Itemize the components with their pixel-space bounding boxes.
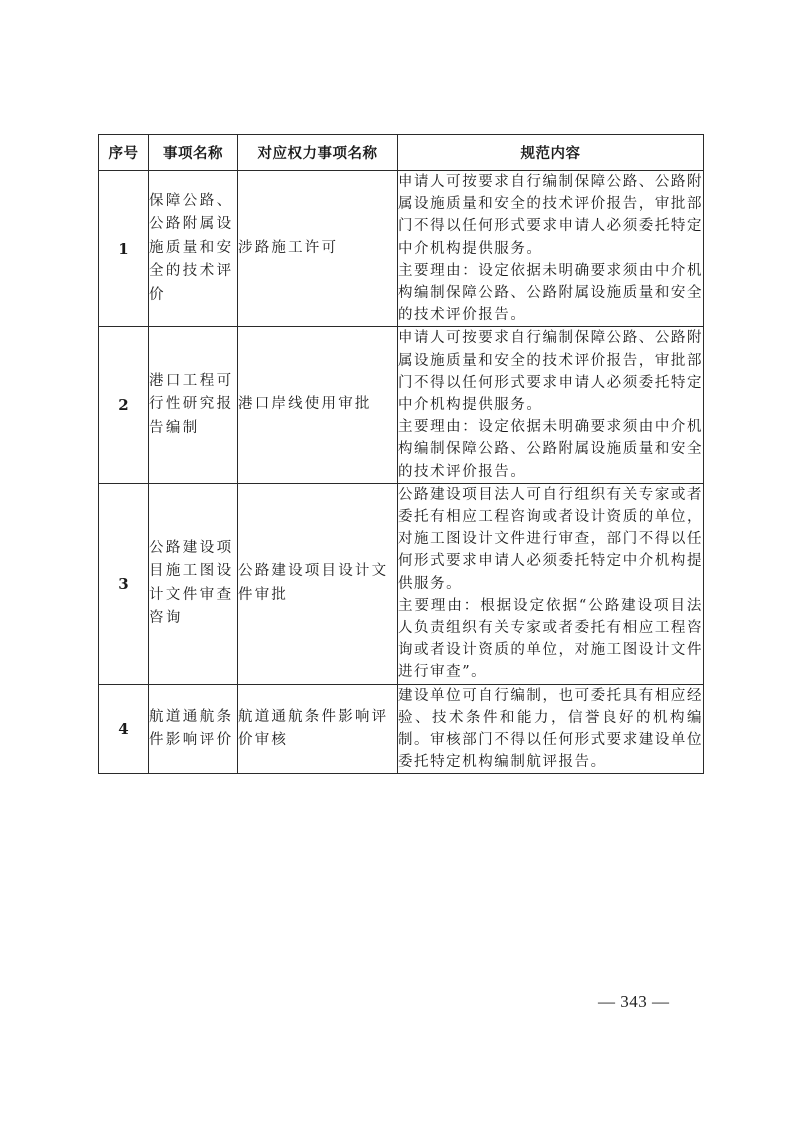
table-row: 4 航道通航条件影响评价 航道通航条件影响评价审核 建设单位可自行编制，也可委托…	[99, 684, 704, 774]
row-index: 2	[99, 327, 149, 483]
header-index: 序号	[99, 135, 149, 171]
content-reason: 主要理由：设定依据未明确要求须由中介机构编制保障公路、公路附属设施质量和安全的技…	[398, 416, 703, 483]
table-header-row: 序号 事项名称 对应权力事项名称 规范内容	[99, 135, 704, 171]
table-row: 2 港口工程可行性研究报告编制 港口岸线使用审批 申请人可按要求自行编制保障公路…	[99, 327, 704, 483]
row-content: 申请人可按要求自行编制保障公路、公路附属设施质量和安全的技术评价报告，审批部门不…	[398, 327, 704, 483]
table-row: 1 保障公路、公路附属设施质量和安全的技术评价 涉路施工许可 申请人可按要求自行…	[99, 171, 704, 327]
row-power-item: 涉路施工许可	[238, 171, 398, 327]
table-row: 3 公路建设项目施工图设计文件审查咨询 公路建设项目设计文件审批 公路建设项目法…	[99, 483, 704, 684]
row-item-name: 保障公路、公路附属设施质量和安全的技术评价	[149, 171, 238, 327]
content-paragraph: 公路建设项目法人可自行组织有关专家或者委托有相应工程咨询或者设计资质的单位，对施…	[398, 484, 703, 595]
row-power-item: 公路建设项目设计文件审批	[238, 483, 398, 684]
document-page: 序号 事项名称 对应权力事项名称 规范内容 1 保障公路、公路附属设施质量和安全…	[0, 0, 793, 1122]
content-paragraph: 建设单位可自行编制，也可委托具有相应经验、技术条件和能力，信誉良好的机构编制。审…	[398, 685, 703, 774]
page-number: — 343 —	[598, 992, 698, 1012]
row-power-item: 港口岸线使用审批	[238, 327, 398, 483]
row-content: 申请人可按要求自行编制保障公路、公路附属设施质量和安全的技术评价报告，审批部门不…	[398, 171, 704, 327]
row-item-name: 港口工程可行性研究报告编制	[149, 327, 238, 483]
row-content: 公路建设项目法人可自行组织有关专家或者委托有相应工程咨询或者设计资质的单位，对施…	[398, 483, 704, 684]
regulation-table: 序号 事项名称 对应权力事项名称 规范内容 1 保障公路、公路附属设施质量和安全…	[98, 134, 704, 774]
content-paragraph: 申请人可按要求自行编制保障公路、公路附属设施质量和安全的技术评价报告，审批部门不…	[398, 171, 703, 260]
row-power-item: 航道通航条件影响评价审核	[238, 684, 398, 774]
row-index: 1	[99, 171, 149, 327]
header-content: 规范内容	[398, 135, 704, 171]
row-item-name: 航道通航条件影响评价	[149, 684, 238, 774]
content-reason: 主要理由：设定依据未明确要求须由中介机构编制保障公路、公路附属设施质量和安全的技…	[398, 260, 703, 327]
content-reason: 主要理由：根据设定依据“公路建设项目法人负责组织有关专家或者委托有相应工程咨询或…	[398, 595, 703, 684]
row-index: 3	[99, 483, 149, 684]
header-item-name: 事项名称	[149, 135, 238, 171]
row-item-name: 公路建设项目施工图设计文件审查咨询	[149, 483, 238, 684]
row-index: 4	[99, 684, 149, 774]
content-paragraph: 申请人可按要求自行编制保障公路、公路附属设施质量和安全的技术评价报告，审批部门不…	[398, 327, 703, 416]
row-content: 建设单位可自行编制，也可委托具有相应经验、技术条件和能力，信誉良好的机构编制。审…	[398, 684, 704, 774]
header-power-item: 对应权力事项名称	[238, 135, 398, 171]
